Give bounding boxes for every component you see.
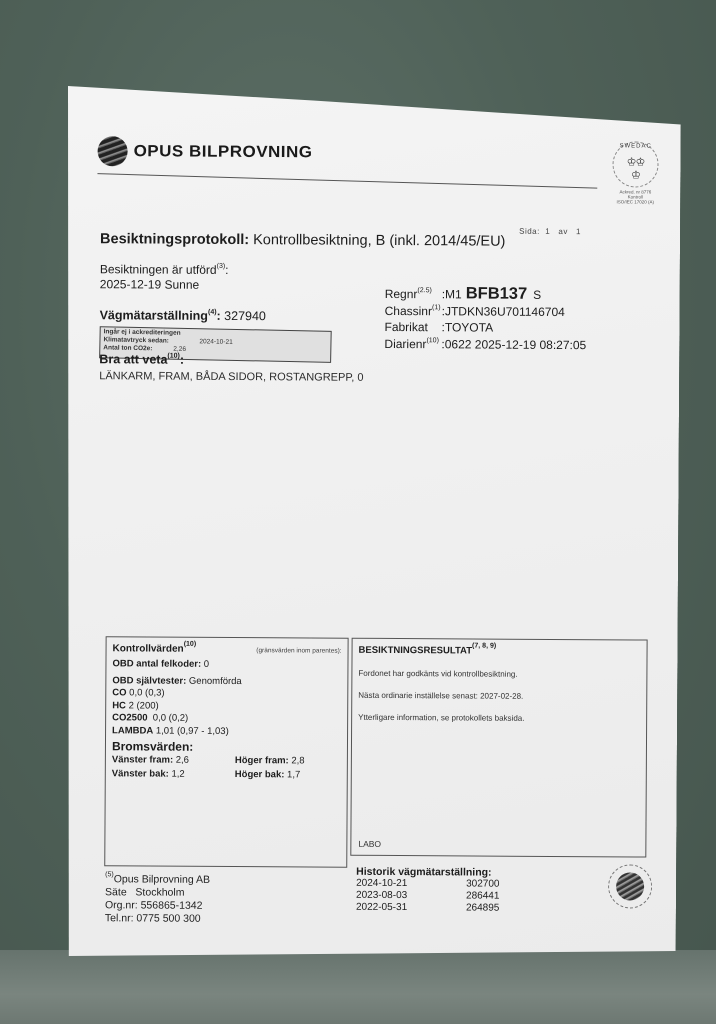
company-info: (5)Opus Bilprovning AB Säte Stockholm Or… <box>105 873 210 926</box>
swedac-accreditation-seal: SWEDAC ♔♔♔ Ackred. nr 8776 Kontroll ISO/… <box>605 141 665 204</box>
vehicle-info: Regnr(2.5) :M1 BFB137 S Chassinr(1) :JTD… <box>384 285 586 353</box>
brake-values-title: Bromsvärden: <box>112 739 341 754</box>
obd-fault-codes: OBD antal felkoder: 0 <box>112 658 341 672</box>
make: TOYOTA <box>445 319 493 336</box>
registration-number: BFB137 <box>466 285 528 302</box>
chassinr-row: Chassinr(1) :JTDKN36U701146704 <box>385 302 587 320</box>
good-to-know-label: Bra att veta(10): <box>99 352 184 367</box>
history-row: 2023-08-03286441 <box>356 890 526 903</box>
fabrikat-row: Fabrikat :TOYOTA <box>384 319 586 337</box>
inspection-protocol-document: OPUS BILPROVNING SWEDAC ♔♔♔ Ackred. nr 8… <box>63 86 681 960</box>
history-row: 2024-10-21302700 <box>356 878 526 891</box>
regnr-row: Regnr(2.5) :M1 BFB137 S <box>385 285 587 304</box>
background-surface <box>0 950 716 1024</box>
globe-logo-icon <box>98 136 128 166</box>
history-row: 2022-05-31264895 <box>356 902 526 915</box>
result-line: Fordonet har godkänts vid kontrollbesikt… <box>358 669 640 680</box>
result-line: Nästa ordinarie inställelse senast: 2027… <box>358 691 640 702</box>
swedac-crown-icon: SWEDAC ♔♔♔ <box>612 141 658 187</box>
result-line: Ytterligare information, se protokollets… <box>358 713 640 724</box>
brake-values: Vänster fram: 2,6 Höger fram: 2,8 Vänste… <box>112 753 341 782</box>
inspection-performed: Besiktningen är utförd(3): 2025-12-19 Su… <box>100 262 229 293</box>
vin: JTDKN36U701146704 <box>445 303 565 320</box>
header-divider <box>97 173 597 188</box>
protocol-title: Besiktningsprotokoll: Kontrollbesiktning… <box>100 231 505 249</box>
inspector-signature: LABO <box>358 839 381 849</box>
brand-name: OPUS BILPROVNING <box>134 142 313 162</box>
good-to-know-text: LÄNKARM, FRAM, BÅDA SIDOR, ROSTANGREPP, … <box>99 370 363 384</box>
diary-number: 0622 2025-12-19 08:27:05 <box>445 336 587 353</box>
page-number: Sida: 1 av 1 <box>519 227 581 236</box>
odometer-reading: Vägmätarställning(4): 327940 <box>100 308 266 323</box>
inspection-result-box: BESIKTNINGSRESULTAT(7, 8, 9) Fordonet ha… <box>350 638 647 858</box>
odometer-history: Historik vägmätarställning: 2024-10-2130… <box>356 866 526 915</box>
opus-logo: OPUS BILPROVNING <box>98 136 313 167</box>
climate-compensated-seal-icon <box>608 864 652 908</box>
control-values-box: Kontrollvärden(10) (gränsvärden inom par… <box>104 636 348 867</box>
measurement-lambda: LAMBDA 1,01 (0,97 - 1,03) <box>112 725 341 739</box>
result-title: BESIKTNINGSRESULTAT(7, 8, 9) <box>359 645 641 658</box>
inspection-date-location: 2025-12-19 Sunne <box>100 277 229 293</box>
diarienr-row: Diarienr(10) :0622 2025-12-19 08:27:05 <box>384 335 586 353</box>
